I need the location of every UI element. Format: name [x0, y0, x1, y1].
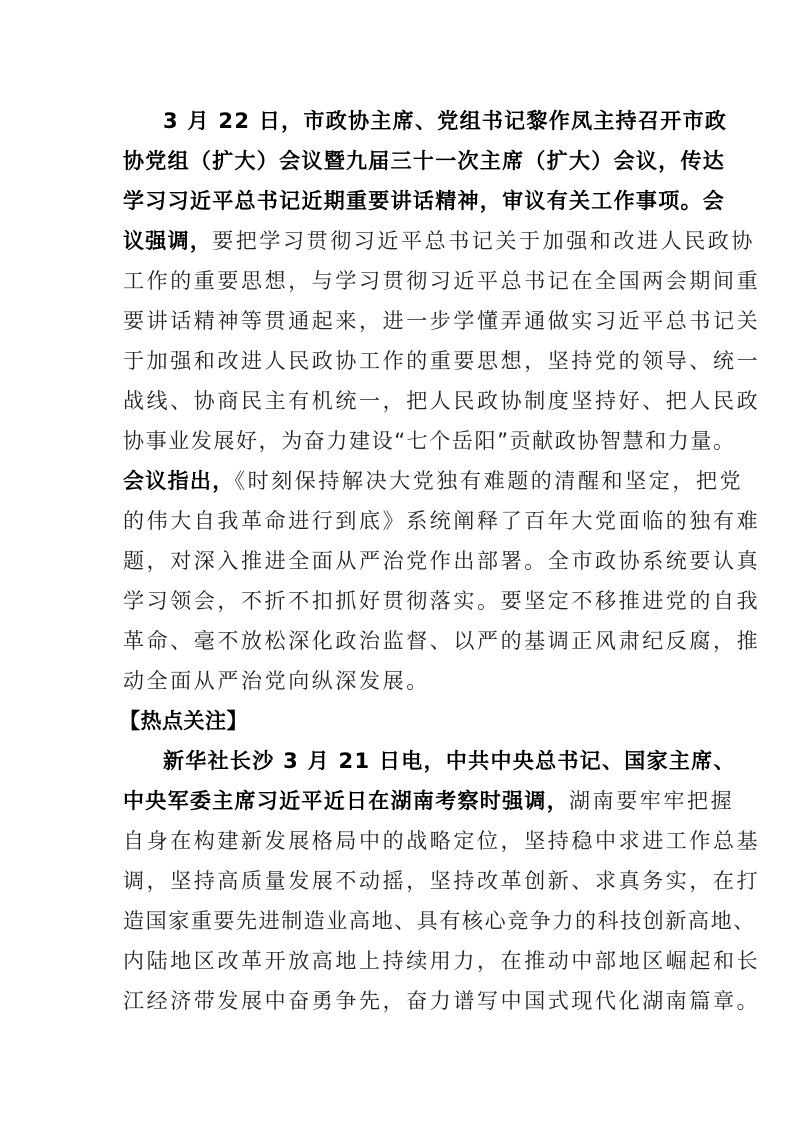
bold-text: 新华社长沙 3 月 21 日电，中共中央总书记、国家主席、	[163, 749, 736, 773]
text-line: 战线、协商民主有机统一，把人民政协制度坚持好、把人民政	[123, 381, 675, 421]
body-text: 调，坚持高质量发展不动摇，坚持改革创新、求真务实，在打	[123, 869, 760, 893]
bold-text: 中央军委主席习近平近日在湖南考察时强调，	[123, 789, 569, 813]
text-line: 自身在构建新发展格局中的战略定位，坚持稳中求进工作总基	[123, 821, 675, 861]
body-text: 战线、协商民主有机统一，把人民政协制度坚持好、把人民政	[123, 389, 760, 413]
body-text: 内陆地区改革开放高地上持续用力，在推动中部地区崛起和长	[123, 949, 760, 973]
text-line: 议强调，要把学习贯彻习近平总书记关于加强和改进人民政协	[123, 221, 675, 261]
text-line: 的伟大自我革命进行到底》系统阐释了百年大党面临的独有难	[123, 501, 675, 541]
paragraph-xinhua-report: 新华社长沙 3 月 21 日电，中共中央总书记、国家主席、 中央军委主席习近平近…	[123, 741, 675, 1021]
bold-text: 3 月 22 日，市政协主席、党组书记黎作凤主持召开市政	[163, 109, 727, 133]
body-text: 协事业发展好，为奋力建设“七个岳阳”贡献政协智慧和力量。	[123, 429, 736, 453]
paragraph-meeting-report: 3 月 22 日，市政协主席、党组书记黎作凤主持召开市政 协党组（扩大）会议暨九…	[123, 101, 675, 701]
text-line: 协党组（扩大）会议暨九届三十一次主席（扩大）会议，传达	[123, 141, 675, 181]
text-line: 学习领会，不折不扣抓好贯彻落实。要坚定不移推进党的自我	[123, 581, 675, 621]
text-line: 学习习近平总书记近期重要讲话精神，审议有关工作事项。会	[123, 181, 675, 221]
bold-text: 会议指出，	[123, 469, 235, 493]
text-line: 要讲话精神等贯通起来，进一步学懂弄通做实习近平总书记关	[123, 301, 675, 341]
document-page: 3 月 22 日，市政协主席、党组书记黎作凤主持召开市政 协党组（扩大）会议暨九…	[123, 101, 675, 1021]
body-text: 工作的重要思想，与学习贯彻习近平总书记在全国两会期间重	[123, 269, 760, 293]
section-heading-hot-topics: 【热点关注】	[119, 701, 675, 741]
text-line: 3 月 22 日，市政协主席、党组书记黎作凤主持召开市政	[123, 101, 675, 141]
text-line: 会议指出，《时刻保持解决大党独有难题的清醒和坚定，把党	[123, 461, 675, 501]
text-line: 造国家重要先进制造业高地、具有核心竞争力的科技创新高地、	[123, 901, 675, 941]
text-line: 调，坚持高质量发展不动摇，坚持改革创新、求真务实，在打	[123, 861, 675, 901]
text-line: 江经济带发展中奋勇争先，奋力谱写中国式现代化湖南篇章。	[123, 981, 675, 1021]
body-text: 革命、毫不放松深化政治监督、以严的基调正风肃纪反腐，推	[123, 629, 760, 653]
text-line: 于加强和改进人民政协工作的重要思想，坚持党的领导、统一	[123, 341, 675, 381]
text-line: 动全面从严治党向纵深发展。	[123, 661, 675, 701]
text-line: 协事业发展好，为奋力建设“七个岳阳”贡献政协智慧和力量。	[123, 421, 675, 461]
text-line: 工作的重要思想，与学习贯彻习近平总书记在全国两会期间重	[123, 261, 675, 301]
body-text: 要把学习贯彻习近平总书记关于加强和改进人民政协	[212, 229, 755, 253]
body-text: 动全面从严治党向纵深发展。	[123, 669, 430, 693]
body-text: 的伟大自我革命进行到底》系统阐释了百年大党面临的独有难	[123, 509, 760, 533]
body-text: 造国家重要先进制造业高地、具有核心竞争力的科技创新高地、	[123, 909, 756, 933]
bold-text: 议强调，	[123, 229, 212, 253]
text-line: 革命、毫不放松深化政治监督、以严的基调正风肃纪反腐，推	[123, 621, 675, 661]
body-text: 题，对深入推进全面从严治党作出部署。全市政协系统要认真	[123, 549, 760, 573]
text-line: 中央军委主席习近平近日在湖南考察时强调，湖南要牢牢把握	[123, 781, 675, 821]
body-text: 《时刻保持解决大党独有难题的清醒和坚定，把党	[235, 469, 744, 493]
bold-text: 协党组（扩大）会议暨九届三十一次主席（扩大）会议，传达	[123, 149, 725, 173]
text-line: 新华社长沙 3 月 21 日电，中共中央总书记、国家主席、	[123, 741, 675, 781]
body-text: 学习领会，不折不扣抓好贯彻落实。要坚定不移推进党的自我	[123, 589, 760, 613]
body-text: 自身在构建新发展格局中的战略定位，坚持稳中求进工作总基	[123, 829, 760, 853]
bold-text: 学习习近平总书记近期重要讲话精神，审议有关工作事项。会	[123, 189, 725, 213]
text-line: 内陆地区改革开放高地上持续用力，在推动中部地区崛起和长	[123, 941, 675, 981]
body-text: 湖南要牢牢把握	[569, 789, 734, 813]
body-text: 于加强和改进人民政协工作的重要思想，坚持党的领导、统一	[123, 349, 760, 373]
body-text: 江经济带发展中奋勇争先，奋力谱写中国式现代化湖南篇章。	[123, 989, 760, 1013]
body-text: 要讲话精神等贯通起来，进一步学懂弄通做实习近平总书记关	[123, 309, 760, 333]
text-line: 题，对深入推进全面从严治党作出部署。全市政协系统要认真	[123, 541, 675, 581]
